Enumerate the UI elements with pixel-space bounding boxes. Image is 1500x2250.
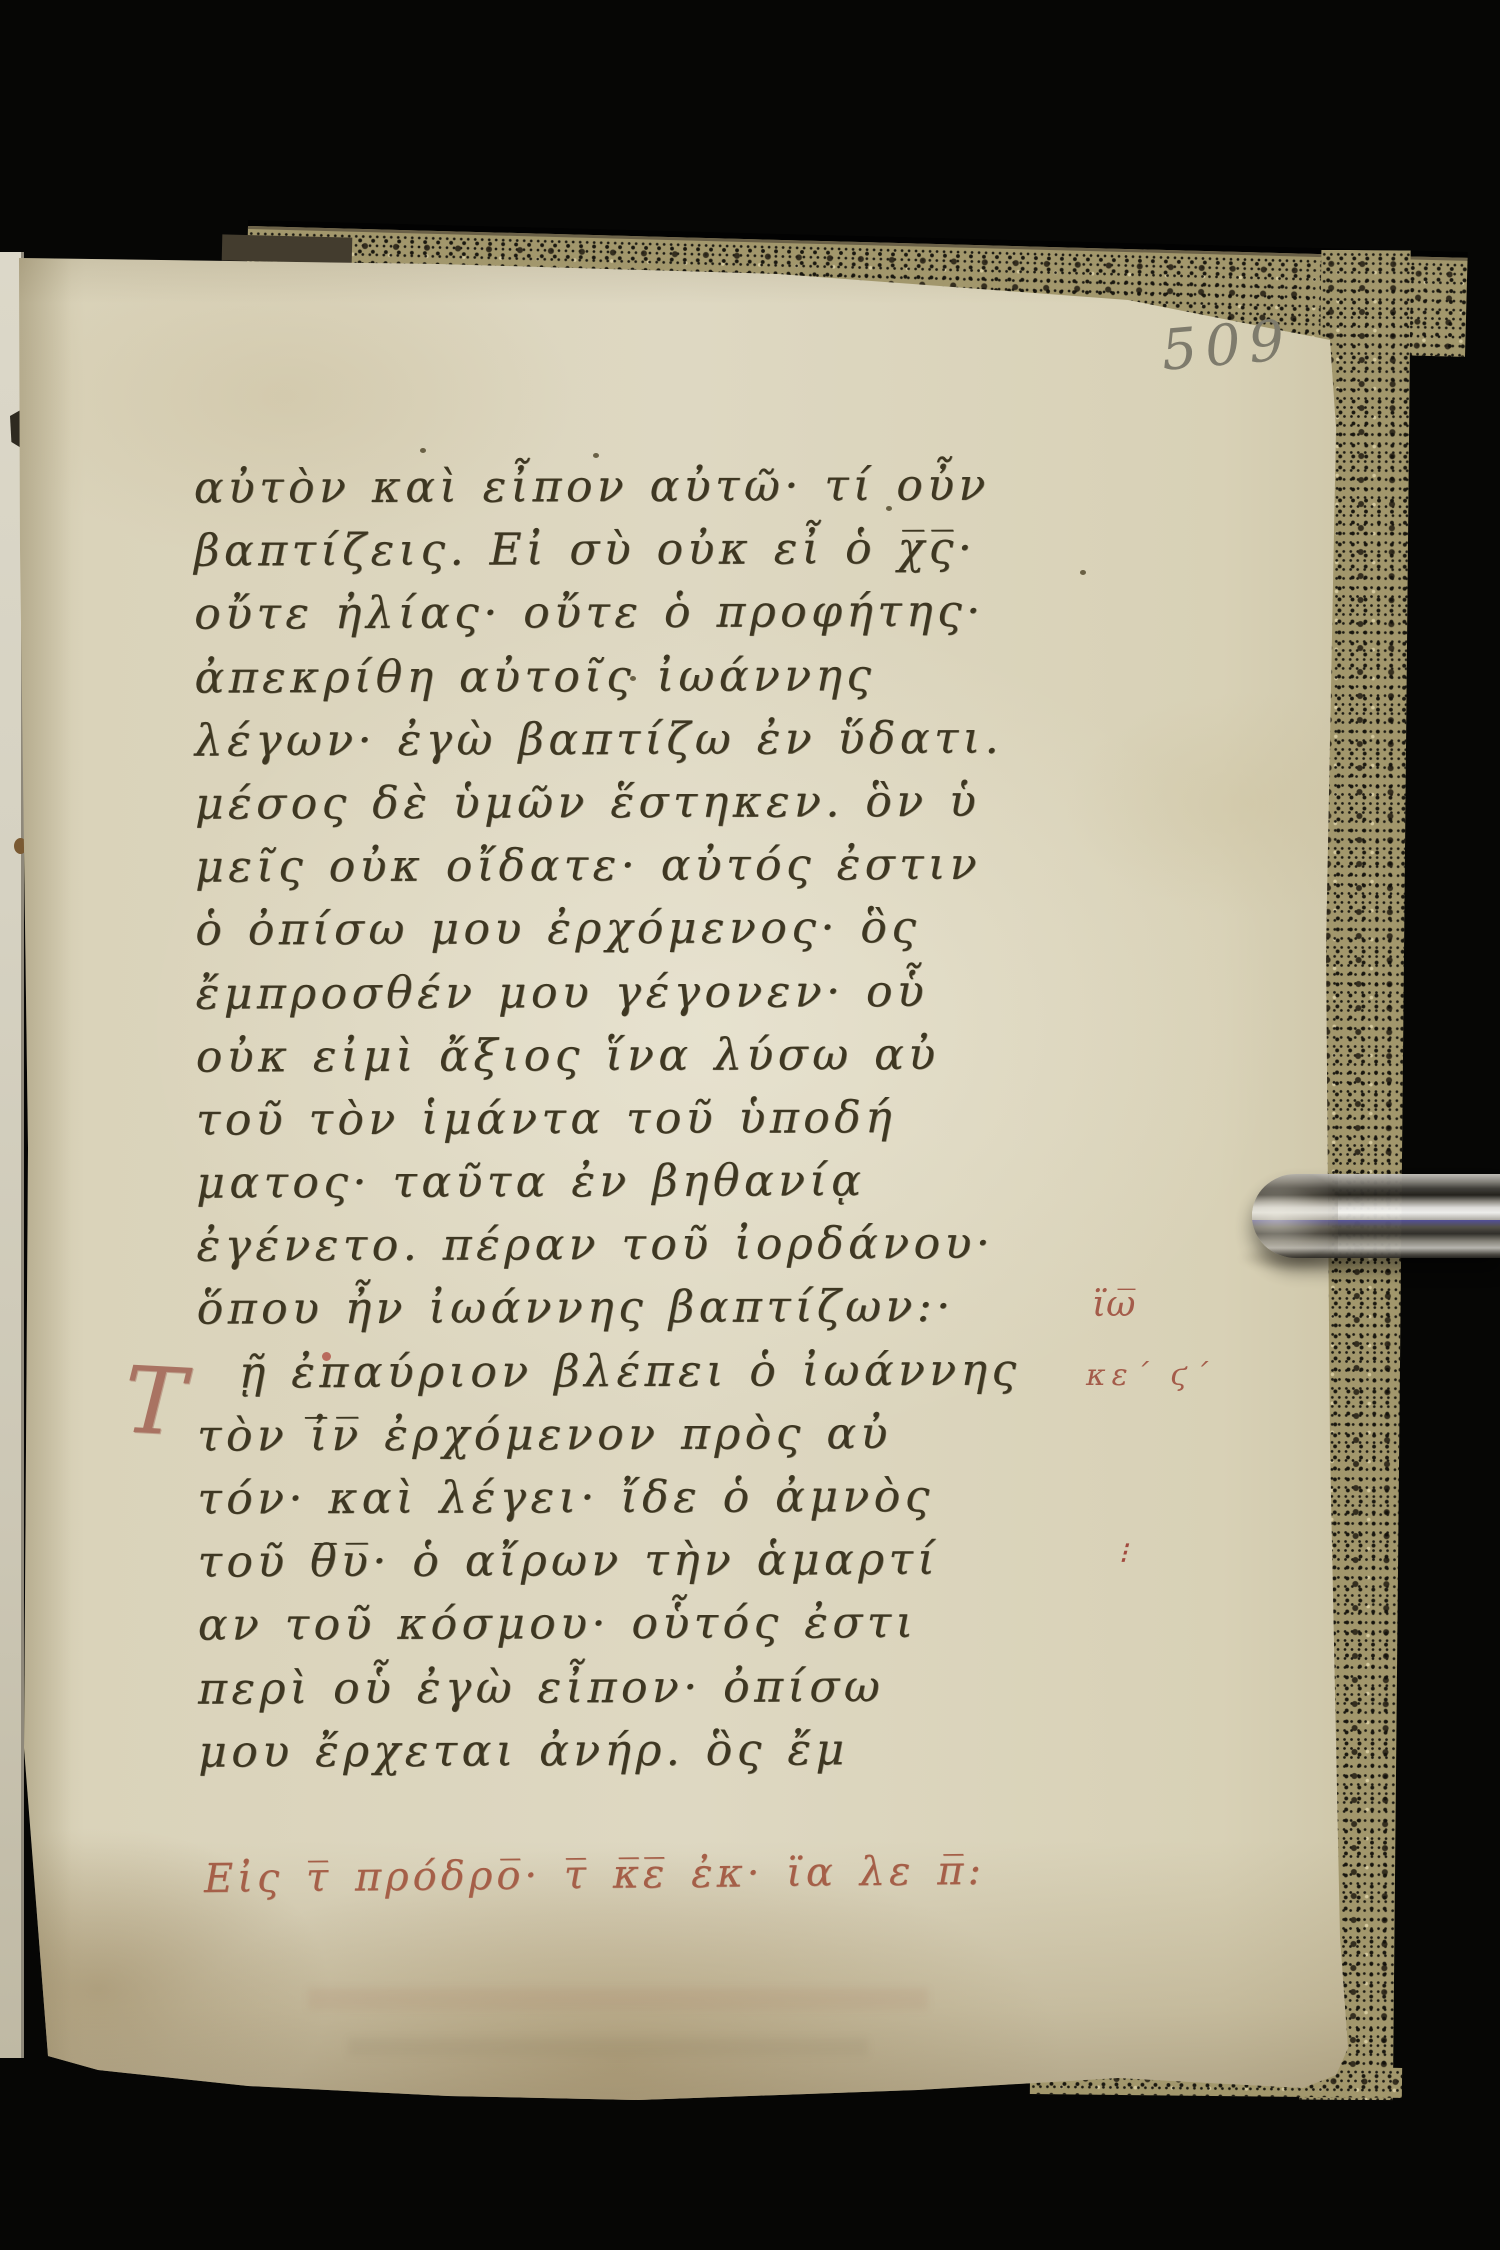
- glass-page-weight: [1252, 1174, 1500, 1258]
- rubric-initial: Τ: [122, 1354, 188, 1449]
- text-line: μου ἔρχεται ἀνήρ. ὃς ἔμ: [198, 1717, 1098, 1783]
- manuscript-photo: { "photo": { "background_color": "#06060…: [0, 0, 1500, 2250]
- cover-board-shadow: [222, 234, 353, 263]
- ink-bleedthrough: [308, 1988, 928, 2010]
- text-line: τοῦ θ̅υ̅· ὁ αἴρων τὴν ἁμαρτί: [197, 1528, 1097, 1594]
- text-line: αν τοῦ κόσμου· οὗτός ἐστι: [198, 1591, 1098, 1657]
- text-line: μέσος δὲ ὑμῶν ἕστηκεν. ὃν ὑ: [195, 769, 1095, 835]
- text-line: περὶ οὗ ἐγὼ εἶπον· ὀπίσω: [198, 1654, 1098, 1720]
- text-line: ὅπου ἦν ἰωάννης βαπτίζων:·: [197, 1275, 1097, 1341]
- text-line: οὐκ εἰμὶ ἄξιος ἵνα λύσω αὐ: [196, 1022, 1096, 1088]
- text-line: ἔμπροσθέν μου γέγονεν· οὗ: [195, 959, 1095, 1025]
- lectionary-rubric: Εἰς τ̅ πρόδρο̅· τ̅ κ̅ε̅ ἐκ· ϊα λε π̅:: [204, 1848, 985, 1902]
- margin-mark: ⁝: [1118, 1536, 1128, 1571]
- text-line: ὁ ὀπίσω μου ἐρχόμενος· ὃς: [195, 896, 1095, 962]
- folio-number: 509: [1159, 305, 1325, 399]
- margin-note-kephalaion: κε΄ ϛ΄: [1086, 1358, 1214, 1393]
- text-line: βαπτίζεις. Εἰ σὺ οὐκ εἶ ὁ χ̅ς̅·: [194, 517, 1094, 583]
- text-line: λέγων· ἐγὼ βαπτίζω ἐν ὕδατι.: [195, 706, 1095, 772]
- ink-speck: [420, 448, 426, 453]
- text-line: ῇ ἐπαύριον βλέπει ὁ ἰωάννης: [197, 1338, 1097, 1404]
- text-line: ἐγένετο. πέραν τοῦ ἰορδάνου·: [196, 1212, 1096, 1278]
- text-line: ματος· ταῦτα ἐν βηθανίᾳ: [196, 1148, 1096, 1214]
- text-line: μεῖς οὐκ οἴδατε· αὐτός ἐστιν: [195, 833, 1095, 899]
- text-line: τὸν ἰ̅ν̅ ἐρχόμενον πρὸς αὐ: [197, 1401, 1097, 1467]
- manuscript-text-block: αὐτὸν καὶ εἶπον αὐτῶ· τί οὖν βαπτίζεις. …: [194, 453, 1099, 1783]
- text-line: αὐτὸν καὶ εἶπον αὐτῶ· τί οὖν: [194, 453, 1094, 519]
- margin-note-john-icon: ϊω̅: [1092, 1284, 1135, 1325]
- rubric-dot: [322, 1352, 331, 1361]
- text-line: οὔτε ἠλίας· οὔτε ὁ προφήτης·: [194, 580, 1094, 646]
- text-line: τοῦ τὸν ἱμάντα τοῦ ὑποδή: [196, 1085, 1096, 1151]
- text-line: ἀπεκρίθη αὐτοῖς ἰωάννης: [194, 643, 1094, 709]
- ink-bleedthrough: [348, 2038, 868, 2056]
- glass-rod-tip: [1252, 1174, 1338, 1258]
- text-line: τόν· καὶ λέγει· ἴδε ὁ ἀμνὸς: [197, 1464, 1097, 1530]
